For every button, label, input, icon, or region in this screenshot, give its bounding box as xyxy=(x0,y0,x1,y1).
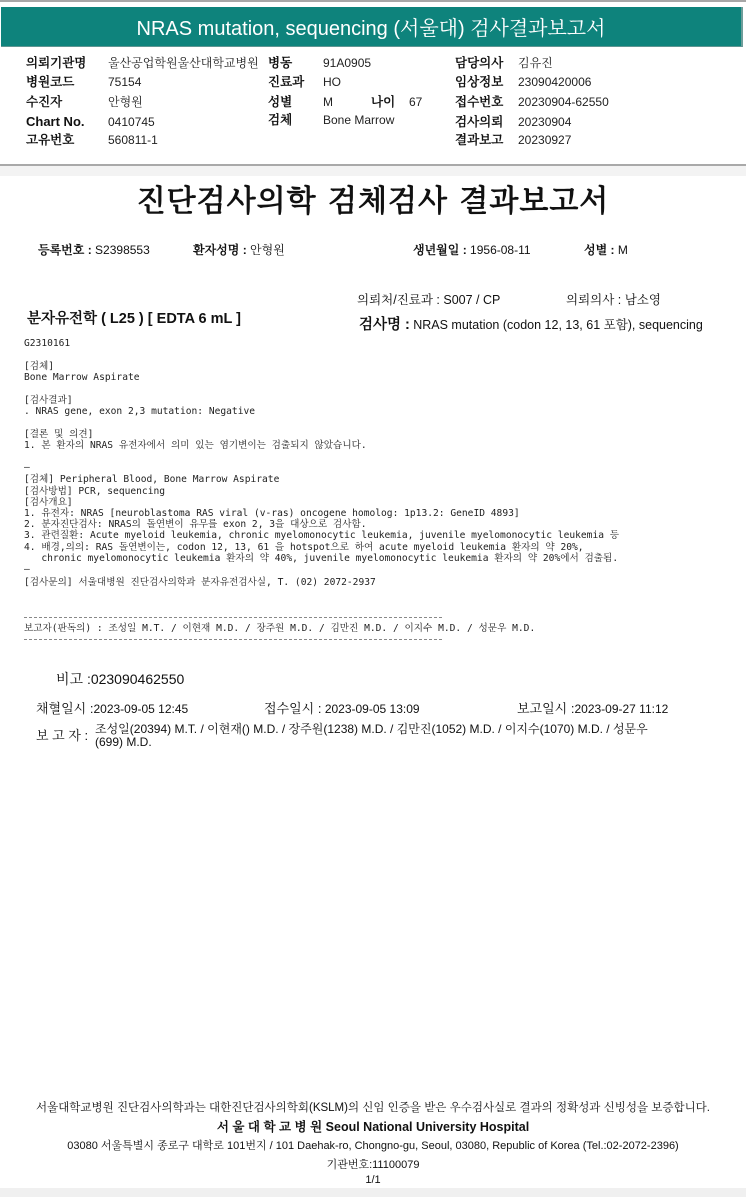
sex-value: M xyxy=(618,243,628,257)
value-hospital-code: 75154 xyxy=(108,74,141,90)
label-specimen: 검체 xyxy=(268,112,292,128)
overview-background-1: 4. 배경,의의: RAS 돌연변이는, codon 12, 13, 61 을 … xyxy=(24,543,584,554)
reporter-list-line1: 조성일(20394) M.T. / 이현재() M.D. / 장주원(1238)… xyxy=(95,720,648,737)
req-doctor-label: 의뢰의사 : xyxy=(566,293,621,307)
requester: 의뢰처/진료과 : S007 / CP xyxy=(357,290,500,308)
note-label: 비고 : xyxy=(56,671,91,687)
collection-datetime: 채혈일시 :2023-09-05 12:45 xyxy=(36,698,188,717)
bottom-band xyxy=(0,1188,746,1197)
collected-value: 2023-09-05 12:45 xyxy=(93,702,188,716)
date-of-birth: 생년월일 : 1956-08-11 xyxy=(413,241,531,258)
label-chart-no: Chart No. xyxy=(26,114,85,130)
value-ward: 91A0905 xyxy=(323,55,371,71)
value-attending-doctor: 김유진 xyxy=(518,55,553,71)
hospital-name-en: Seoul National University Hospital xyxy=(326,1120,530,1134)
patient-name: 환자성명 : 안형원 xyxy=(193,241,285,258)
department-specimen: 분자유전학 ( L25 ) [ EDTA 6 mL ] xyxy=(27,307,241,328)
label-attending-doctor: 담당의사 xyxy=(455,55,503,71)
value-chart-no: 0410745 xyxy=(108,114,155,130)
label-age: 나이 xyxy=(371,94,395,110)
value-requesting-institution: 울산공업학원울산대학교병원 xyxy=(108,55,259,71)
requester-value: S007 / CP xyxy=(443,293,500,307)
reg-no-label: 등록번호 : xyxy=(38,243,92,257)
label-requesting-institution: 의뢰기관명 xyxy=(26,55,86,71)
note: 비고 :023090462550 xyxy=(56,669,184,689)
value-unique-no: 560811-1 xyxy=(108,132,158,148)
note-value: 023090462550 xyxy=(91,671,184,687)
label-ward: 병동 xyxy=(268,55,292,71)
overview-test: 2. 분자진단검사: NRAS의 돌연변이 유무를 exon 2, 3을 대상으… xyxy=(24,520,367,531)
label-result-report: 결과보고 xyxy=(455,132,503,148)
reporters-line: 보고자(판독의) : 조성일 M.T. / 이현재 M.D. / 장주원 M.D… xyxy=(24,624,535,635)
page-gap xyxy=(0,166,746,176)
label-unique-no: 고유번호 xyxy=(26,132,74,148)
hospital-name-ko: 서 울 대 학 교 병 원 xyxy=(217,1120,322,1134)
method-specimen: [검체] Peripheral Blood, Bone Marrow Aspir… xyxy=(24,475,279,486)
method: [검사방법] PCR, sequencing xyxy=(24,487,165,498)
report-datetime: 보고일시 :2023-09-27 11:12 xyxy=(517,698,668,717)
separator-dash-2: — xyxy=(24,565,30,576)
label-receipt-no: 접수번호 xyxy=(455,94,503,110)
institution-number: 기관번호:11100079 xyxy=(0,1156,746,1172)
test-name-label: 검사명 : xyxy=(359,317,410,333)
reporter-label: 보 고 자 : xyxy=(36,725,88,744)
label-patient: 수진자 xyxy=(26,94,62,110)
req-doctor-value: 남소영 xyxy=(625,293,661,307)
patient-sex: 성별 : M xyxy=(584,241,628,258)
test-name: 검사명 : NRAS mutation (codon 12, 13, 61 포함… xyxy=(359,313,703,334)
label-department: 진료과 xyxy=(268,74,304,90)
separator-dash: — xyxy=(24,463,30,474)
label-hospital-code: 병원코드 xyxy=(26,74,74,90)
hospital-address: 03080 서울특별시 종로구 대학로 101번지 / 101 Daehak-r… xyxy=(0,1137,746,1153)
registration-number: 등록번호 : S2398553 xyxy=(38,241,150,258)
test-name-value: NRAS mutation (codon 12, 13, 61 포함), seq… xyxy=(413,318,703,332)
overview-background-2: chronic myelomonocytic leukemia 환자의 약 40… xyxy=(24,554,618,565)
dob-value: 1956-08-11 xyxy=(470,243,531,257)
value-receipt-no: 20230904-62550 xyxy=(518,94,609,110)
reporter-bottom-rule xyxy=(24,639,442,640)
patient-name-label: 환자성명 : xyxy=(193,243,247,257)
reported-value: 2023-09-27 11:12 xyxy=(574,702,668,716)
conclusion-value: 1. 본 환자의 NRAS 유전자에서 의미 있는 염기변이는 검출되지 않았습… xyxy=(24,441,367,452)
value-patient: 안형원 xyxy=(108,94,143,110)
received-value: 2023-09-05 13:09 xyxy=(325,702,420,716)
overview-heading: [검사개요] xyxy=(24,498,73,509)
conclusion-heading: [결론 및 의견] xyxy=(24,430,93,441)
hospital-name: 서 울 대 학 교 병 원 Seoul National University … xyxy=(0,1117,746,1135)
result-value: . NRAS gene, exon 2,3 mutation: Negative xyxy=(24,407,255,418)
report-code: G2310161 xyxy=(24,339,70,350)
label-clinical-info: 임상정보 xyxy=(455,74,503,90)
overview-gene: 1. 유전자: NRAS [neuroblastoma RAS viral (v… xyxy=(24,509,520,520)
patient-name-value: 안형원 xyxy=(250,243,285,257)
result-specimen-value: Bone Marrow Aspirate xyxy=(24,373,140,384)
label-test-request: 검사의뢰 xyxy=(455,114,503,130)
value-specimen: Bone Marrow xyxy=(323,112,394,128)
reporter-list-line2: (699) M.D. xyxy=(95,735,152,749)
value-age: 67 xyxy=(409,94,422,110)
header-info: 의뢰기관명 울산공업학원울산대학교병원 병원코드 75154 수진자 안형원 C… xyxy=(0,0,746,160)
report-title: 진단검사의학 검체검사 결과보고서 xyxy=(0,176,746,220)
collected-label: 채혈일시 : xyxy=(36,701,93,716)
requesting-doctor: 의뢰의사 : 남소영 xyxy=(566,290,661,308)
label-sex: 성별 xyxy=(268,94,292,110)
overview-diseases: 3. 관련질환: Acute myeloid leukemia, chronic… xyxy=(24,531,619,542)
value-sex: M xyxy=(323,94,333,110)
reporter-top-rule xyxy=(24,617,442,618)
result-heading: [검사결과] xyxy=(24,396,73,407)
reported-label: 보고일시 : xyxy=(517,701,574,716)
receipt-datetime: 접수일시 : 2023-09-05 13:09 xyxy=(264,698,420,717)
certification-statement: 서울대학교병원 진단검사의학과는 대한진단검사의학회(KSLM)의 신임 인증을… xyxy=(0,1099,746,1115)
dob-label: 생년월일 : xyxy=(413,243,467,257)
value-result-report: 20230927 xyxy=(518,132,571,148)
requester-label: 의뢰처/진료과 : xyxy=(357,293,440,307)
sex-label: 성별 : xyxy=(584,243,615,257)
value-clinical-info: 23090420006 xyxy=(518,74,591,90)
value-department: HO xyxy=(323,74,341,90)
reg-no-value: S2398553 xyxy=(95,243,150,257)
result-specimen-heading: [검체] xyxy=(24,362,54,373)
received-label: 접수일시 : xyxy=(264,701,321,716)
page-number: 1/1 xyxy=(0,1174,746,1186)
inquiry-contact: [검사문의] 서울대병원 진단검사의학과 분자유전검사실, T. (02) 20… xyxy=(24,578,376,589)
value-test-request: 20230904 xyxy=(518,114,571,130)
